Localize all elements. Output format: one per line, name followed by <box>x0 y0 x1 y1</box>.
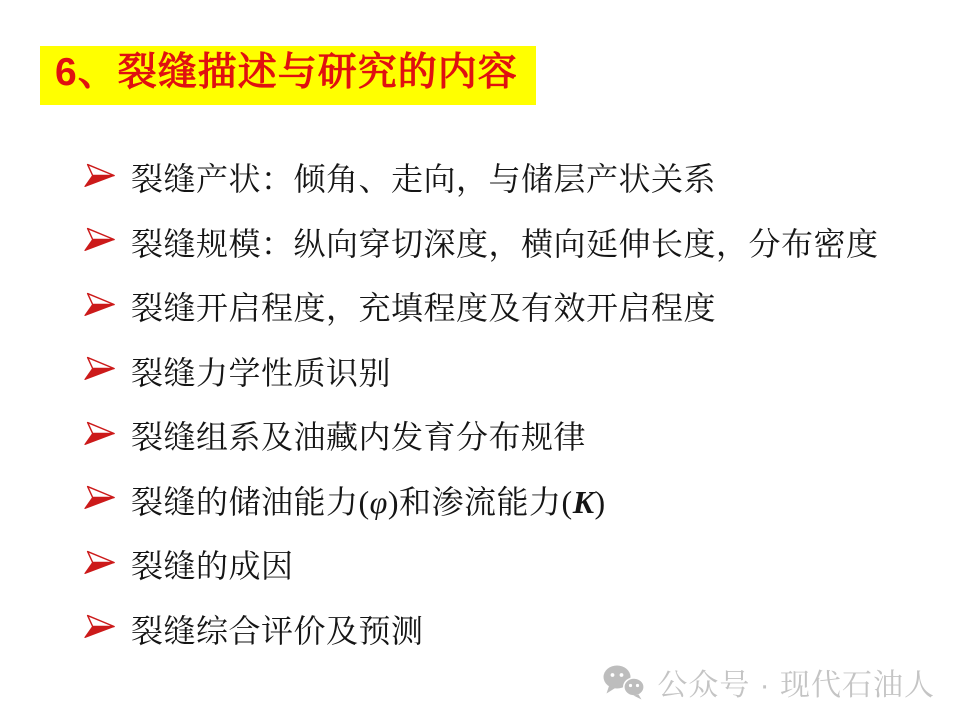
text-segment: )和渗流能力( <box>388 484 573 520</box>
list-item: 裂缝综合评价及预测 <box>84 597 940 662</box>
list-item-text: 裂缝综合评价及预测 <box>131 606 424 652</box>
list-item-text: 裂缝产状：倾角、走向，与储层产状关系 <box>131 154 716 200</box>
list-item-text: 裂缝规模：纵向穿切深度，横向延伸长度，分布密度 <box>131 219 879 265</box>
text-segment: 裂缝的储油能力( <box>131 484 370 520</box>
list-item-text: 裂缝开启程度，充填程度及有效开启程度 <box>131 283 716 329</box>
text-segment: ) <box>595 484 606 520</box>
text-segment: 裂缝开启程度，充填程度及有效开启程度 <box>131 290 716 326</box>
wechat-icon <box>602 664 646 700</box>
list-item: 裂缝力学性质识别 <box>84 339 940 404</box>
list-item: 裂缝的储油能力(φ)和渗流能力(K) <box>84 468 940 533</box>
arrow-bullet-icon <box>84 614 115 639</box>
title-banner: 6、裂缝描述与研究的内容 <box>40 46 536 105</box>
arrow-bullet-icon <box>84 227 115 252</box>
watermark: 公众号 · 现代石油人 <box>602 660 935 704</box>
slide: 6、裂缝描述与研究的内容 裂缝产状：倾角、走向，与储层产状关系 裂缝规模：纵向穿… <box>0 0 960 720</box>
watermark-text: 公众号 · 现代石油人 <box>657 660 935 704</box>
list-item: 裂缝组系及油藏内发育分布规律 <box>84 403 940 468</box>
list-item-text: 裂缝组系及油藏内发育分布规律 <box>131 412 586 458</box>
text-segment: 裂缝产状：倾角、走向，与储层产状关系 <box>131 161 716 197</box>
slide-title: 6、裂缝描述与研究的内容 <box>55 51 518 96</box>
text-segment: 裂缝的成因 <box>131 548 294 584</box>
arrow-bullet-icon <box>84 356 115 381</box>
list-item-text: 裂缝的成因 <box>131 541 294 587</box>
text-segment: 裂缝力学性质识别 <box>131 355 391 391</box>
text-segment: 裂缝综合评价及预测 <box>131 613 424 649</box>
arrow-bullet-icon <box>84 485 115 510</box>
arrow-bullet-icon <box>84 421 115 446</box>
list-item: 裂缝开启程度，充填程度及有效开启程度 <box>84 274 940 339</box>
list-item-text: 裂缝的储油能力(φ)和渗流能力(K) <box>131 477 606 523</box>
bullet-list: 裂缝产状：倾角、走向，与储层产状关系 裂缝规模：纵向穿切深度，横向延伸长度，分布… <box>84 145 940 661</box>
list-item: 裂缝产状：倾角、走向，与储层产状关系 <box>84 145 940 210</box>
text-segment: 裂缝组系及油藏内发育分布规律 <box>131 419 586 455</box>
list-item: 裂缝的成因 <box>84 532 940 597</box>
text-segment: K <box>573 484 595 520</box>
arrow-bullet-icon <box>84 163 115 188</box>
list-item-text: 裂缝力学性质识别 <box>131 348 391 394</box>
arrow-bullet-icon <box>84 550 115 575</box>
arrow-bullet-icon <box>84 292 115 317</box>
text-segment: φ <box>370 484 388 520</box>
list-item: 裂缝规模：纵向穿切深度，横向延伸长度，分布密度 <box>84 210 940 275</box>
text-segment: 裂缝规模：纵向穿切深度，横向延伸长度，分布密度 <box>131 226 879 262</box>
